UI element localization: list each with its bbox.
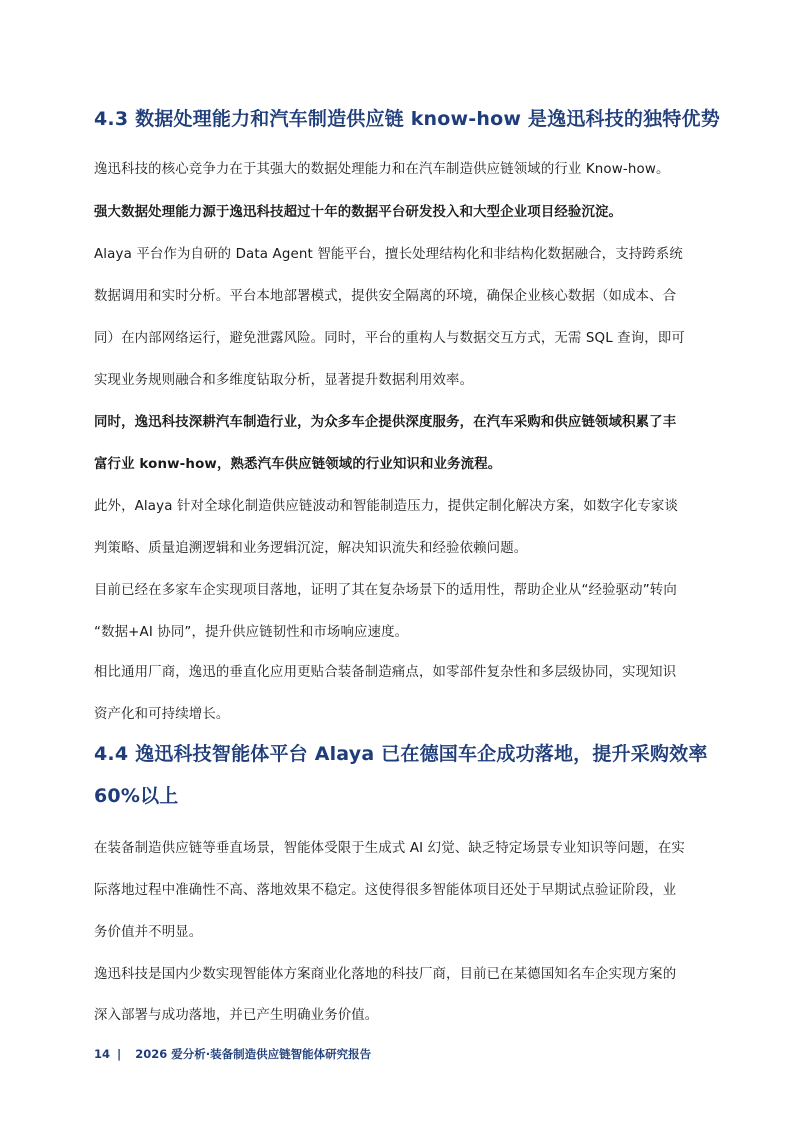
document-page: 4.3 数据处理能力和汽车制造供应链 know-how 是逸迅科技的独特优势 逸… <box>0 0 794 1123</box>
paragraph-line: 务价值并不明显。 <box>94 921 202 940</box>
page-number: 14 <box>94 1047 110 1061</box>
paragraph-line-bold: 同时，逸迅科技深耕汽车制造行业，为众多车企提供深度服务，在汽车采购和供应链领域积… <box>94 411 676 430</box>
paragraph-line: 际落地过程中准确性不高、落地效果不稳定。这使得很多智能体项目还处于早期试点验证阶… <box>94 879 676 898</box>
section-heading-4-4-line-2: 60%以上 <box>94 781 178 808</box>
paragraph-line: 相比通用厂商，逸迅的垂直化应用更贴合装备制造痛点，如零部件复杂性和多层级协同，实… <box>94 661 676 680</box>
paragraph-line: 数据调用和实时分析。平台本地部署模式，提供安全隔离的环境，确保企业核心数据（如成… <box>94 285 676 304</box>
paragraph-line: 逸迅科技是国内少数实现智能体方案商业化落地的科技厂商，目前已在某德国知名车企实现… <box>94 963 676 982</box>
section-heading-4-3: 4.3 数据处理能力和汽车制造供应链 know-how 是逸迅科技的独特优势 <box>94 104 720 131</box>
paragraph-line: 在装备制造供应链等垂直场景，智能体受限于生成式 AI 幻觉、缺乏特定场景专业知识… <box>94 837 685 856</box>
paragraph-line: Alaya 平台作为自研的 Data Agent 智能平台，擅长处理结构化和非结… <box>94 243 683 262</box>
page-footer: 14 | 2026 爱分析·装备制造供应链智能体研究报告 <box>94 1046 371 1062</box>
paragraph-line: 深入部署与成功落地，并已产生明确业务价值。 <box>94 1004 378 1023</box>
paragraph-line: 目前已经在多家车企实现项目落地，证明了其在复杂场景下的适用性，帮助企业从“经验驱… <box>94 579 677 598</box>
footer-separator: | <box>117 1047 121 1061</box>
paragraph-line-bold: 富行业 konw-how，熟悉汽车供应链领域的行业知识和业务流程。 <box>94 453 501 472</box>
paragraph-line: 此外，Alaya 针对全球化制造供应链波动和智能制造压力，提供定制化解决方案，如… <box>94 495 678 514</box>
paragraph-line: 逸迅科技的核心竞争力在于其强大的数据处理能力和在汽车制造供应链领域的行业 Kno… <box>94 158 669 177</box>
paragraph-line: 同）在内部网络运行，避免泄露风险。同时，平台的重构人与数据交互方式，无需 SQL… <box>94 327 685 346</box>
section-heading-4-4-line-1: 4.4 逸迅科技智能体平台 Alaya 已在德国车企成功落地，提升采购效率 <box>94 739 708 766</box>
paragraph-line: “数据+AI 协同”，提升供应链韧性和市场响应速度。 <box>94 621 408 640</box>
report-title: 2026 爱分析·装备制造供应链智能体研究报告 <box>135 1047 371 1061</box>
paragraph-line: 资产化和可持续增长。 <box>94 703 229 722</box>
paragraph-line: 判策略、质量追溯逻辑和业务逻辑沉淀，解决知识流失和经验依赖问题。 <box>94 537 527 556</box>
paragraph-line-bold: 强大数据处理能力源于逸迅科技超过十年的数据平台研发投入和大型企业项目经验沉淀。 <box>94 201 622 220</box>
paragraph-line: 实现业务规则融合和多维度钻取分析，显著提升数据利用效率。 <box>94 369 473 388</box>
